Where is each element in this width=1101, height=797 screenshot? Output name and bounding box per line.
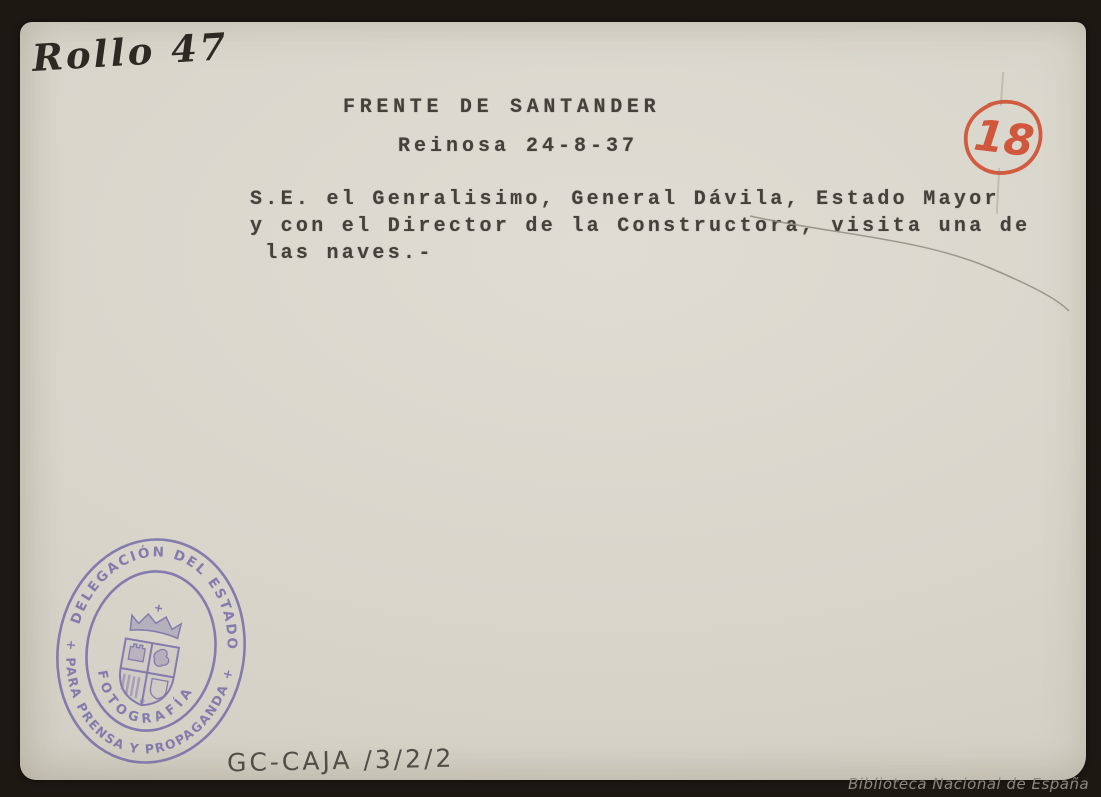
circled-index-number: 18 <box>953 91 1055 189</box>
svg-text:DELEGACIÓN DEL ESTADO: DELEGACIÓN DEL ESTADO <box>67 530 255 654</box>
caption-line: S.E. el Genralisimo, General Dávila, Est… <box>250 188 1000 211</box>
archive-code-handwriting: GC-CAJA /3/2/2 <box>227 744 455 778</box>
coat-of-arms-icon <box>115 600 186 710</box>
index-number-text: 18 <box>971 111 1036 168</box>
delegacion-estado-stamp: DELEGACIÓN DEL ESTADO + PARA PRENSA Y PR… <box>24 516 279 786</box>
caption-line: las naves.- <box>250 242 434 265</box>
stamp-ring-top-text: DELEGACIÓN DEL ESTADO <box>67 530 255 654</box>
caption-dateline: Reinosa 24-8-37 <box>398 135 638 158</box>
library-watermark: Biblioteca Nacional de España <box>848 775 1089 793</box>
scanned-photo-back: Rollo 47 FRENTE DE SANTANDER Reinosa 24-… <box>0 0 1101 797</box>
caption-heading: FRENTE DE SANTANDER <box>343 96 660 119</box>
caption-line: y con el Director de la Constructora, vi… <box>250 215 1030 238</box>
